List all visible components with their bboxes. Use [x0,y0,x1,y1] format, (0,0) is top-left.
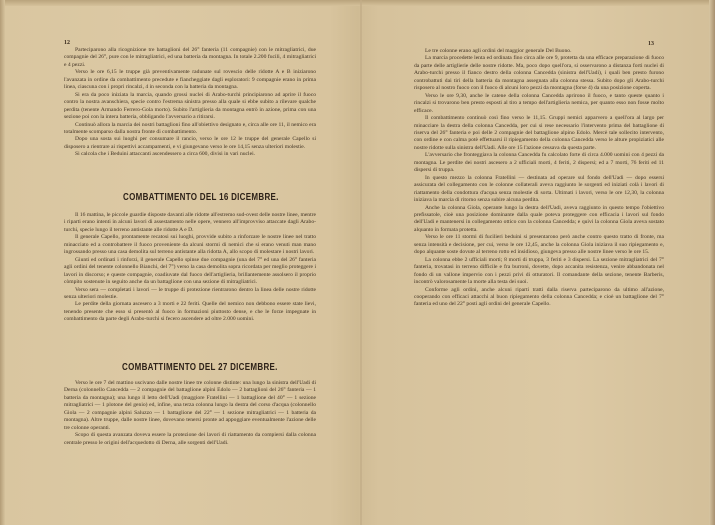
paragraph: Si calcola che i Beduini attaccanti asce… [64,151,316,158]
paragraph: Il generale Capello, prontamente recatos… [64,234,316,256]
paragraph: Verso le ore 9,30, anche le catene della… [414,93,664,115]
paragraph: Continuò allora la marcia dei nostri bat… [64,122,316,137]
text-block-16-december: Il 16 mattina, le piccole guardie dispos… [64,212,316,324]
paragraph: Giunti ed ordinati i rinforzi, il genera… [64,257,316,287]
text-block-reconnaissance: Parteciparono alla ricognizione tre batt… [64,47,316,159]
paragraph: Anche la colonna Giola, operante lungo l… [414,205,664,235]
book-spread: 12 Parteciparono alla ricognizione tre b… [0,0,715,525]
paragraph: L'avversario che fronteggiava la colonna… [414,152,664,174]
page-number: 12 [64,40,70,46]
paragraph: Scopo di questa avanzata doveva essere l… [64,432,316,447]
paragraph: In questo mezzo la colonna Fratellini — … [414,175,664,205]
paragraph: Verso le ore 7 del mattino uscivano dall… [64,380,316,432]
paragraph: La colonna ebbe 2 ufficiali morti; 8 mor… [414,257,664,287]
page-number: 13 [648,41,654,47]
section-heading-16-december: COMBATTIMENTO DEL 16 DICEMBRE. [123,191,279,202]
right-page: 13 Le tre colonne erano agli ordini del … [362,0,715,525]
left-page: 12 Parteciparono alla ricognizione tre b… [0,0,360,525]
text-block-27-december: Verso le ore 7 del mattino uscivano dall… [64,380,316,447]
paragraph: Il combattimento continuò così fino vers… [414,115,664,152]
paragraph: Dopo una sosta sui luoghi per consumare … [64,136,316,151]
paragraph: Il 16 mattina, le piccole guardie dispos… [64,212,316,234]
paragraph: Verso sera — completati i lavori — le tr… [64,287,316,302]
paragraph: Verso le ore 11 stormi di fucilieri bedu… [414,234,664,256]
paragraph: Verso le ore 6,15 le truppe già preventi… [64,69,316,91]
paragraph: Parteciparono alla ricognizione tre batt… [64,47,316,69]
paragraph: La marcia procedette lenta ed ordinata f… [414,55,664,92]
text-block-27-december-continued: Le tre colonne erano agli ordini del mag… [414,48,664,309]
paragraph: Le perdite della giornata ascesero a 3 m… [64,301,316,323]
section-heading-27-december: COMBATTIMENTO DEL 27 DICEMBRE. [122,361,278,372]
paragraph: Conforme agli ordini, anche alcuni ripar… [414,287,664,309]
paragraph: Si era da poco iniziata la marcia, quand… [64,92,316,122]
